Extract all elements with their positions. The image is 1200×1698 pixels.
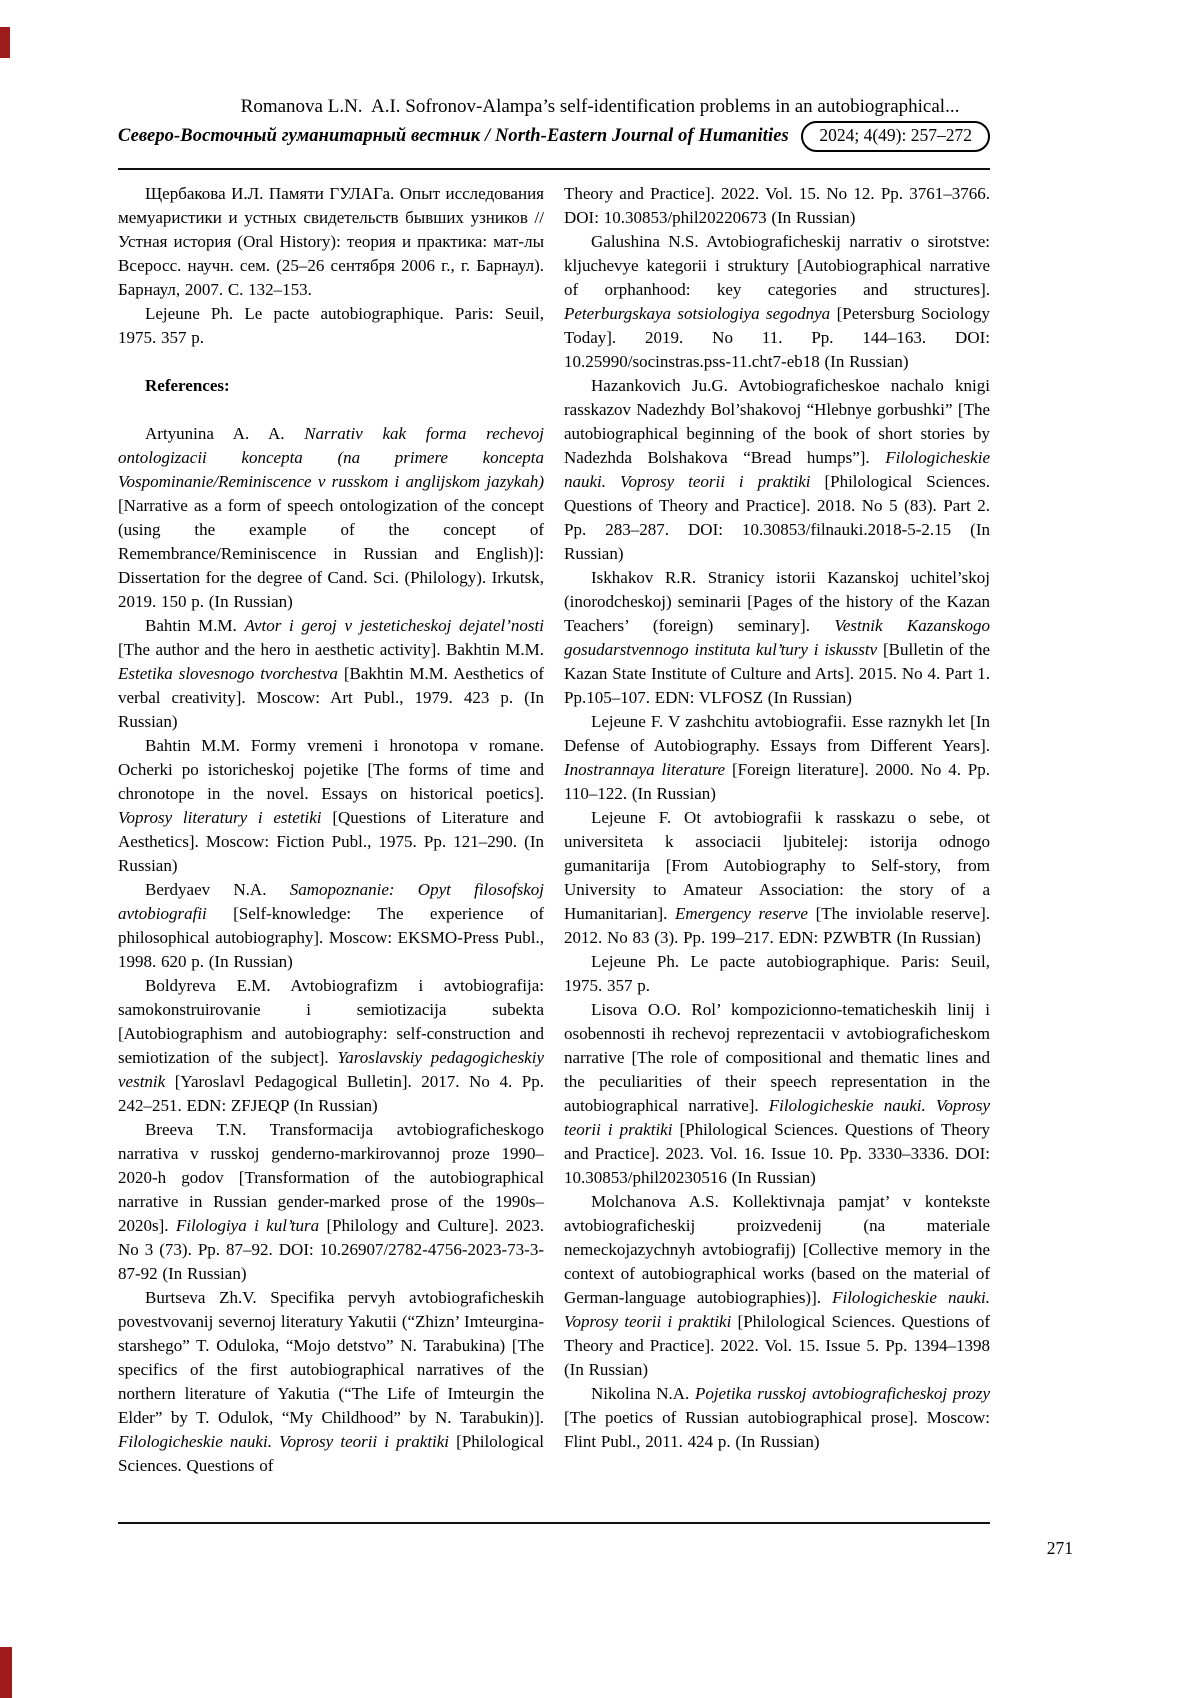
reference-entry: Hazankovich Ju.G. Avtobiograficheskoe na…	[564, 374, 990, 566]
right-column: Theory and Practice]. 2022. Vol. 15. No …	[564, 182, 990, 1478]
reference-entry: Artyunina A. A. Narrativ kak forma reche…	[118, 422, 544, 614]
reference-entry: Iskhakov R.R. Stranicy istorii Kazanskoj…	[564, 566, 990, 710]
reference-text: Lejeune Ph. Le pacte autobiographique. P…	[118, 304, 544, 347]
reference-entry: Breeva T.N. Transformacija avtobiografic…	[118, 1118, 544, 1286]
reference-text: Artyunina A. A.	[145, 424, 304, 443]
reference-source-italic: Inostrannaya literature	[564, 760, 725, 779]
reference-text: Lejeune F. V zashchitu avtobiografii. Es…	[564, 712, 990, 755]
reference-text: [Narrative as a form of speech ontologiz…	[118, 496, 544, 611]
reference-source-italic: Avtor i geroj v jesteticheskoj dejatel’n…	[245, 616, 545, 635]
reference-entry: Lejeune F. V zashchitu avtobiografii. Es…	[564, 710, 990, 806]
reference-source-italic: Emergency reserve	[675, 904, 808, 923]
reference-source-italic: Peterburgskaya sotsiologiya segodnya	[564, 304, 830, 323]
reference-text: Bahtin M.M. Formy vremeni i hronotopa v …	[118, 736, 544, 803]
reference-text: Bahtin M.M.	[145, 616, 245, 635]
left-column: Щербакова И.Л. Памяти ГУЛАГа. Опыт иссле…	[118, 182, 544, 1478]
reference-entry: Nikolina N.A. Pojetika russkoj avtobiogr…	[564, 1382, 990, 1454]
reference-entry: Boldyreva E.M. Avtobiografizm i avtobiog…	[118, 974, 544, 1118]
reference-entry: Molchanova A.S. Kollektivnaja pamjat’ v …	[564, 1190, 990, 1382]
reference-entry: Lisova O.O. Rol’ kompozicionno-tematiche…	[564, 998, 990, 1190]
reference-entry: Bahtin M.M. Avtor i geroj v jestetichesk…	[118, 614, 544, 734]
reference-source-italic: Filologicheskie nauki. Voprosy teorii i …	[118, 1432, 449, 1451]
reference-source-italic: Pojetika russkoj avtobiograficheskoj pro…	[695, 1384, 990, 1403]
reference-entry: Щербакова И.Л. Памяти ГУЛАГа. Опыт иссле…	[118, 182, 544, 302]
references-heading: References:	[118, 374, 544, 398]
running-head: Romanova L.N. A.I. Sofronov-Alampa’s sel…	[0, 94, 1200, 120]
reference-text: Berdyaev N.A.	[145, 880, 290, 899]
page-number: 271	[1047, 1538, 1073, 1559]
reference-text: Burtseva Zh.V. Specifika pervyh avtobiog…	[118, 1288, 544, 1427]
reference-source-italic: Estetika slovesnogo tvorchestva	[118, 664, 338, 683]
reference-source-italic: Filologiya i kul’tura	[176, 1216, 319, 1235]
reference-text: References:	[145, 376, 230, 395]
reference-entry: Lejeune Ph. Le pacte autobiographique. P…	[564, 950, 990, 998]
references-section: Щербакова И.Л. Памяти ГУЛАГа. Опыт иссле…	[118, 182, 990, 1478]
journal-page: Romanova L.N. A.I. Sofronov-Alampa’s sel…	[0, 0, 1200, 1698]
page-edge-mark-bottom	[0, 1647, 12, 1698]
reference-entry: Theory and Practice]. 2022. Vol. 15. No …	[564, 182, 990, 230]
footer-rule	[118, 1522, 990, 1524]
reference-entry: Galushina N.S. Avtobiograficheskij narra…	[564, 230, 990, 374]
reference-text: Щербакова И.Л. Памяти ГУЛАГа. Опыт иссле…	[118, 184, 544, 299]
reference-text: Theory and Practice]. 2022. Vol. 15. No …	[564, 184, 990, 227]
reference-text: Nikolina N.A.	[591, 1384, 695, 1403]
header-rule	[118, 168, 990, 170]
reference-entry: Lejeune Ph. Le pacte autobiographique. P…	[118, 302, 544, 350]
reference-text: [The poetics of Russian autobiographical…	[564, 1408, 990, 1451]
reference-text: Lejeune Ph. Le pacte autobiographique. P…	[564, 952, 990, 995]
reference-entry: Burtseva Zh.V. Specifika pervyh avtobiog…	[118, 1286, 544, 1478]
reference-text: [Yaroslavl Pedagogical Bulletin]. 2017. …	[118, 1072, 544, 1115]
reference-entry: Berdyaev N.A. Samopoznanie: Opyt filosof…	[118, 878, 544, 974]
reference-text: Galushina N.S. Avtobiograficheskij narra…	[564, 232, 990, 299]
reference-entry: Lejeune F. Ot avtobiografii k rasskazu o…	[564, 806, 990, 950]
journal-header-row: Северо-Восточный гуманитарный вестник / …	[118, 121, 990, 152]
reference-text: [The author and the hero in aesthetic ac…	[118, 640, 544, 659]
reference-source-italic: Voprosy literatury i estetiki	[118, 808, 322, 827]
reference-entry: Bahtin M.M. Formy vremeni i hronotopa v …	[118, 734, 544, 878]
journal-title: Северо-Восточный гуманитарный вестник / …	[118, 126, 789, 147]
page-edge-mark-top	[0, 27, 10, 58]
issue-badge: 2024; 4(49): 257–272	[801, 121, 990, 152]
